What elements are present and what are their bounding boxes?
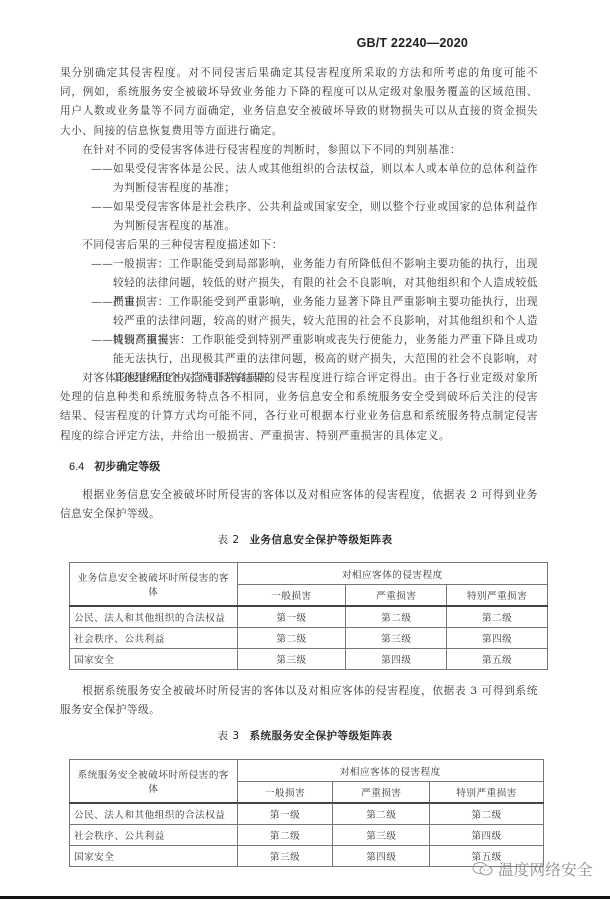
table2-level-cell: 第二级 bbox=[447, 606, 548, 628]
table3-matrix: 系统服务安全被破坏时所侵害的客体 对相应客体的侵害程度 一般损害 严重损害 特别… bbox=[69, 759, 544, 867]
table3-object-cell: 国家安全 bbox=[70, 846, 238, 867]
dash-marker: —— bbox=[91, 160, 113, 179]
paragraph-table2-intro: 根据业务信息安全被破坏时所侵害的客体以及对相应客体的侵害程度，依据表 2 可得到… bbox=[60, 486, 538, 524]
paragraph-table3-intro: 根据系统服务安全被破坏时所侵害的客体以及对相应客体的侵害程度，依据表 3 可得到… bbox=[60, 682, 538, 720]
table2-caption: 表 2业务信息安全保护等级矩阵表 bbox=[0, 532, 610, 547]
table2-level-cell: 第四级 bbox=[447, 628, 548, 649]
table2-level-cell: 第三级 bbox=[346, 628, 447, 649]
table2-group-header: 对相应客体的侵害程度 bbox=[237, 563, 547, 585]
table2-col-header: 一般损害 bbox=[237, 585, 346, 607]
standard-code: GB/T 22240—2020 bbox=[357, 36, 468, 50]
table3-level-cell: 第二级 bbox=[333, 803, 430, 825]
paragraph-levels-intro: 不同侵害后果的三种侵害程度描述如下： bbox=[60, 236, 538, 255]
table-row: 国家安全 第三级 第四级 第五级 bbox=[70, 649, 548, 670]
table2-level-cell: 第二级 bbox=[346, 606, 447, 628]
section-title: 初步确定等级 bbox=[94, 461, 160, 473]
table2-caption-number: 表 2 bbox=[217, 534, 239, 546]
table2-object-cell: 公民、法人和其他组织的合法权益 bbox=[70, 606, 238, 628]
table-row: 社会秩序、公共利益 第二级 第三级 第四级 bbox=[70, 825, 544, 846]
criteria-text: 如果受侵害客体是公民、法人或其他组织的合法权益，则以本人或本单位的总体利益作为判… bbox=[113, 160, 538, 198]
table2-object-cell: 社会秩序、公共利益 bbox=[70, 628, 238, 649]
table2-matrix: 业务信息安全被破坏时所侵害的客体 对相应客体的侵害程度 一般损害 严重损害 特别… bbox=[69, 562, 548, 670]
table2-col-header: 特别严重损害 bbox=[447, 585, 548, 607]
table-row: 公民、法人和其他组织的合法权益 第一级 第二级 第二级 bbox=[70, 606, 548, 628]
dash-marker: —— bbox=[91, 255, 113, 274]
table2-level-cell: 第五级 bbox=[447, 649, 548, 670]
table2-level-cell: 第二级 bbox=[237, 628, 346, 649]
table-row: 公民、法人和其他组织的合法权益 第一级 第二级 第二级 bbox=[70, 803, 544, 825]
table3-caption: 表 3系统服务安全保护等级矩阵表 bbox=[0, 728, 610, 743]
criteria-item: —— 如果受侵害客体是社会秩序、公共利益或国家安全，则以整个行业或国家的总体利益… bbox=[60, 198, 538, 236]
table3-level-cell: 第二级 bbox=[237, 825, 333, 846]
table2-row-header: 业务信息安全被破坏时所侵害的客体 bbox=[70, 563, 238, 607]
paragraph-criteria-intro: 在针对不同的受侵害客体进行侵害程度的判断时，参照以下不同的判别基准： bbox=[60, 141, 538, 160]
table2-level-cell: 第三级 bbox=[237, 649, 346, 670]
criteria-text: 如果受侵害客体是社会秩序、公共利益或国家安全，则以整个行业或国家的总体利益作为判… bbox=[113, 198, 538, 236]
table2-object-cell: 国家安全 bbox=[70, 649, 238, 670]
watermark: 温度网络安全 bbox=[472, 858, 593, 880]
table2-caption-title: 业务信息安全保护等级矩阵表 bbox=[250, 534, 393, 546]
table-row: 社会秩序、公共利益 第二级 第三级 第四级 bbox=[70, 628, 548, 649]
table3-level-cell: 第二级 bbox=[430, 803, 544, 825]
paragraph-assessment: 对客体的侵害程度由对不同侵害结果的侵害程度进行综合评定得出。由于各行业定级对象所… bbox=[60, 369, 538, 446]
wechat-icon bbox=[472, 861, 494, 877]
section-heading: 6.4初步确定等级 bbox=[69, 458, 160, 474]
table3-col-header: 一般损害 bbox=[237, 782, 333, 804]
section-number: 6.4 bbox=[69, 461, 84, 473]
dash-marker: —— bbox=[91, 331, 113, 350]
table3-level-cell: 第一级 bbox=[237, 803, 333, 825]
table3-level-cell: 第四级 bbox=[430, 825, 544, 846]
table3-level-cell: 第四级 bbox=[333, 846, 430, 867]
page-bottom-rule bbox=[0, 896, 610, 899]
paragraph-continuation: 果分别确定其侵害程度。对不同侵害后果确定其侵害程度所采取的方法和所考虑的角度可能… bbox=[60, 64, 538, 141]
table3-level-cell: 第三级 bbox=[237, 846, 333, 867]
table3-row-header: 系统服务安全被破坏时所侵害的客体 bbox=[70, 760, 238, 804]
table3-caption-number: 表 3 bbox=[217, 730, 239, 742]
table3-col-header: 特别严重损害 bbox=[430, 782, 544, 804]
table3-caption-title: 系统服务安全保护等级矩阵表 bbox=[250, 730, 393, 742]
dash-marker: —— bbox=[91, 198, 113, 217]
table3-level-cell: 第三级 bbox=[333, 825, 430, 846]
watermark-text: 温度网络安全 bbox=[498, 858, 593, 880]
table3-object-cell: 公民、法人和其他组织的合法权益 bbox=[70, 803, 238, 825]
table2-col-header: 严重损害 bbox=[346, 585, 447, 607]
criteria-item: —— 如果受侵害客体是公民、法人或其他组织的合法权益，则以本人或本单位的总体利益… bbox=[60, 160, 538, 198]
table3-object-cell: 社会秩序、公共利益 bbox=[70, 825, 238, 846]
table2-level-cell: 第四级 bbox=[346, 649, 447, 670]
dash-marker: —— bbox=[91, 293, 113, 312]
table2-level-cell: 第一级 bbox=[237, 606, 346, 628]
table3-group-header: 对相应客体的侵害程度 bbox=[237, 760, 543, 782]
table3-col-header: 严重损害 bbox=[333, 782, 430, 804]
